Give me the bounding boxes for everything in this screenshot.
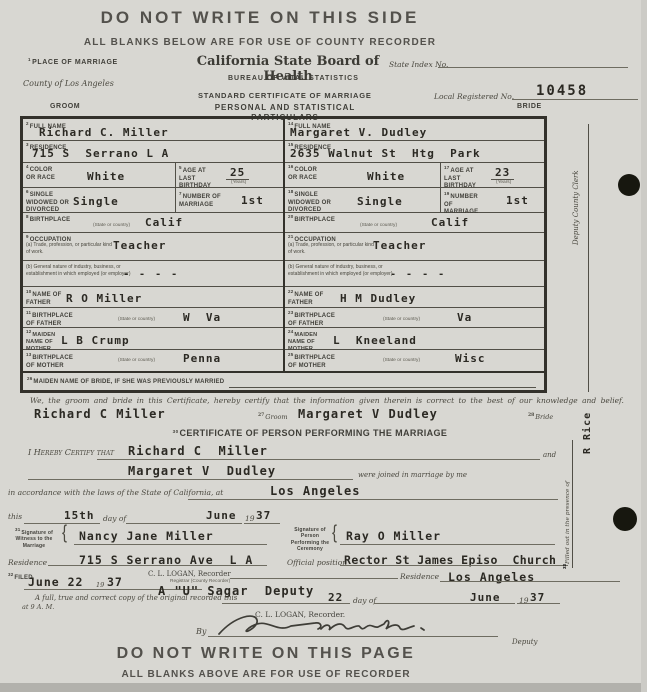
groom-mother-value: L B Crump: [61, 334, 130, 347]
groom-father-birthplace-row: 11BIRTHPLACE OF FATHER (State or country…: [23, 308, 283, 328]
scan-right-edge: [641, 0, 647, 692]
bride-marital-value: Single: [357, 195, 403, 208]
field-label: BIRTHPLACE: [294, 217, 335, 223]
and-label: and: [543, 451, 556, 459]
groom-full-name-row: 2FULL NAME Richard C. Miller: [23, 119, 283, 141]
field-number: 11: [26, 310, 31, 315]
groom-industry-value: - - - -: [123, 269, 179, 280]
deputy-signature-line: [208, 627, 498, 637]
field-number: 1: [28, 57, 31, 62]
field-label: BIRTHPLACE: [30, 217, 71, 223]
official-position-line: [340, 556, 568, 566]
bride-color-value: White: [367, 170, 405, 183]
groom-occupation-value: Teacher: [113, 239, 166, 252]
field-label: AGE AT LAST BIRTHDAY: [444, 168, 476, 189]
copy-year-value: 37: [530, 591, 545, 604]
cell-divider: [175, 163, 176, 187]
bureau-line: BUREAU OF VITAL STATISTICS: [228, 75, 359, 84]
top-banner: DO NOT WRITE ON THIS SIDE: [0, 8, 520, 28]
standard-certificate-line: STANDARD CERTIFICATE OF MARRIAGE: [198, 91, 372, 100]
field-label: COLOR OR RACE: [26, 167, 55, 181]
field-number: 2: [26, 121, 29, 126]
maiden-name-line: [229, 381, 536, 388]
field-number: 28: [528, 413, 534, 418]
field-number: 4: [26, 164, 29, 169]
county-line: County of Los Angeles: [23, 79, 114, 88]
place-of-marriage-text: PLACE OF MARRIAGE: [32, 59, 118, 66]
state-country-hint: (State or country): [360, 223, 397, 228]
filed-residence-line: [440, 572, 620, 582]
groom-mother-row: 12MAIDEN NAME OF MOTHER L B Crump: [23, 328, 283, 350]
occupation-sub-b: (b) General nature of industry, business…: [288, 264, 393, 277]
witness-signature-label: Signature of Witness to the Marriage: [16, 530, 53, 549]
groom-column: 2FULL NAME Richard C. Miller 3RESIDENCE …: [23, 119, 283, 371]
bride-mother-birthplace-value: Wisc: [455, 352, 486, 365]
state-country-hint: (State or country): [118, 358, 155, 363]
field-number: 20: [288, 214, 293, 219]
field-number: 24: [288, 329, 293, 334]
deputy-clerk-line: [588, 124, 589, 392]
marriage-month-value: June: [206, 509, 237, 522]
field-number: 5: [179, 165, 182, 170]
bride-occupation-value: Teacher: [373, 239, 426, 252]
groom-signature-label: 27Groom: [258, 413, 288, 421]
bride-marriage-no-value: 1st: [506, 194, 529, 207]
recorder-line: [230, 569, 398, 579]
local-registered-line: [512, 92, 638, 100]
state-country-hint: (State or country): [118, 317, 155, 322]
field-number: 23: [288, 310, 293, 315]
filled-presence-label: 33Filled out in the presence of: [559, 443, 577, 569]
field-label: BIRTHPLACE OF FATHER: [288, 313, 335, 327]
groom-full-name-value: Richard C. Miller: [39, 126, 169, 139]
place-of-marriage-label: 1PLACE OF MARRIAGE: [28, 57, 118, 68]
bride-full-name-row: 14FULL NAME Margaret V. Dudley: [285, 119, 544, 141]
bride-column: 14FULL NAME Margaret V. Dudley 15RESIDEN…: [283, 119, 544, 371]
bride-father-row: 22NAME OF FATHER H M Dudley: [285, 287, 544, 308]
field-label: BIRTHPLACE OF FATHER: [26, 313, 73, 327]
marriage-day-value: 15th: [64, 509, 95, 522]
joined-in-marriage-label: were joined in marriage by me: [358, 471, 467, 479]
bride-marital-row: 18SINGLE WIDOWED OR DIVORCED Single 19NU…: [285, 188, 544, 213]
groom-father-value: R O Miller: [66, 292, 142, 305]
this-label: this: [8, 512, 22, 521]
field-number: 10: [26, 289, 31, 294]
field-label: NAME OF FATHER: [288, 292, 323, 306]
field-number: 8: [26, 214, 29, 219]
groom-father-birthplace-value: W Va: [183, 311, 221, 324]
field-number: 9: [26, 234, 29, 239]
cell-divider: [175, 188, 176, 212]
groom-residence-row: 3RESIDENCE 715 S Serrano L A: [23, 141, 283, 163]
bride-residence-row: 15RESIDENCE 2635 Walnut St Htg Park: [285, 141, 544, 163]
bride-header: BRIDE: [517, 103, 542, 112]
bride-birthplace-value: Calif: [431, 216, 469, 229]
top-sub-banner: ALL BLANKS BELOW ARE FOR USE OF COUNTY R…: [0, 37, 520, 48]
day-of-label: day of: [103, 514, 126, 523]
field-label: AGE AT LAST BIRTHDAY: [179, 168, 211, 189]
bride-father-birthplace-row: 23BIRTHPLACE OF FATHER (State or country…: [285, 308, 544, 328]
groom-age-value: 25: [226, 166, 249, 180]
groom-industry-row: (b) General nature of industry, business…: [23, 261, 283, 287]
field-label: MAIDEN NAME OF MOTHER: [26, 332, 55, 352]
years-hint: (Years): [231, 180, 246, 185]
official-position-label: Official position: [287, 558, 347, 567]
groom-birthplace-value: Calif: [145, 216, 183, 229]
bride-industry-row: (b) General nature of industry, business…: [285, 261, 544, 287]
bride-full-name-value: Margaret V. Dudley: [290, 126, 427, 139]
certificate-scan: { "banners": { "top": "DO NOT WRITE ON T…: [0, 0, 647, 692]
hole-punch-bottom: [613, 507, 637, 531]
groom-occupation-row: 9OCCUPATION (a) Trade, profession, or pa…: [23, 233, 283, 261]
certification-statement: We, the groom and bride in this Certific…: [30, 396, 570, 405]
marriage-year-value: 37: [256, 509, 271, 522]
recorder-name-line: C. L. LOGAN, Recorder: [148, 570, 231, 578]
field-number: 17: [444, 165, 449, 170]
field-label: BIRTHPLACE OF MOTHER: [26, 355, 73, 369]
field-number: 22: [288, 289, 293, 294]
groom-marital-value: Single: [73, 195, 119, 208]
groom-mother-birthplace-row: 13BIRTHPLACE OF MOTHER (State or country…: [23, 350, 283, 371]
bride-residence-value: 2635 Walnut St Htg Park: [290, 147, 481, 160]
scan-bottom-edge: [0, 683, 647, 692]
margin-witness-name: R Rice: [582, 392, 593, 454]
groom-header: GROOM: [50, 103, 80, 112]
state-country-hint: (State or country): [383, 358, 420, 363]
field-number: 32: [8, 572, 13, 577]
copy-month-value: June: [470, 591, 501, 604]
bride-occupation-row: 21OCCUPATION (a) Trade, profession, or p…: [285, 233, 544, 261]
groom-marital-row: 6SINGLE WIDOWED OR DIVORCED Single 7NUMB…: [23, 188, 283, 213]
witness-residence-label: Residence: [8, 558, 47, 567]
state-country-hint: (State or country): [93, 223, 130, 228]
field-number: 13: [26, 352, 31, 357]
hole-punch-top: [618, 174, 640, 196]
bride-mother-birthplace-row: 25BIRTHPLACE OF MOTHER (State or country…: [285, 350, 544, 371]
field-number: 18: [288, 189, 293, 194]
bride-signature: Margaret V Dudley: [298, 407, 438, 421]
field-number: 16: [288, 164, 293, 169]
bride-industry-value: - - - -: [390, 269, 446, 280]
cell-divider: [440, 163, 441, 187]
marriage-place-value: Los Angeles: [270, 484, 360, 498]
bride-color-age-row: 16COLOR OR RACE White 17AGE AT LAST BIRT…: [285, 163, 544, 188]
maiden-name-row: 26MAIDEN NAME OF BRIDE, IF SHE WAS PREVI…: [23, 371, 544, 390]
performer-bride-name: Margaret V Dudley: [128, 464, 276, 478]
bottom-banner: DO NOT WRITE ON THIS PAGE: [0, 645, 532, 663]
field-number: 33: [562, 564, 567, 569]
bride-age-value: 23: [491, 166, 514, 180]
copy-day-value: 22: [328, 591, 343, 604]
groom-signature: Richard C Miller: [34, 407, 166, 421]
bride-mother-value: L Kneeland: [333, 334, 417, 347]
groom-color-age-row: 4COLOR OR RACE White 5AGE AT LAST BIRTHD…: [23, 163, 283, 188]
occupation-sub-a: (a) Trade, profession, or particular kin…: [288, 242, 378, 255]
occupation-sub-b: (b) General nature of industry, business…: [26, 264, 131, 277]
performer-line: [340, 535, 555, 545]
field-label: SINGLE WIDOWED OR DIVORCED: [288, 192, 331, 213]
state-country-hint: (State or country): [383, 317, 420, 322]
bottom-sub-banner: ALL BLANKS ABOVE ARE FOR USE OF RECORDER: [0, 669, 532, 680]
groom-label-text: Groom: [265, 413, 287, 421]
field-number: 12: [26, 329, 31, 334]
field-number: 26: [27, 376, 32, 381]
state-index-line: [438, 60, 628, 68]
bride-father-value: H M Dudley: [340, 292, 416, 305]
bride-mother-row: 24MAIDEN NAME OF MOTHER L Kneeland: [285, 328, 544, 350]
brace-glyph: {: [332, 521, 337, 543]
field-label: MAIDEN NAME OF MOTHER: [288, 332, 317, 352]
copy-day-of-label: day of: [353, 596, 376, 605]
field-number: 19: [444, 191, 449, 196]
maiden-name-label: MAIDEN NAME OF BRIDE, IF SHE WAS PREVIOU…: [33, 379, 224, 385]
field-label: NUMBER OF MARRIAGE: [444, 194, 478, 215]
field-label: SINGLE WIDOWED OR DIVORCED: [26, 192, 69, 213]
place-line: [188, 490, 558, 500]
deputy-clerk-label: Deputy County Clerk: [572, 130, 580, 245]
witness-line: [74, 535, 267, 545]
local-registered-label: Local Registered No.: [434, 92, 514, 101]
certified-copy-label: A full, true and correct copy of the ori…: [35, 594, 237, 602]
bride-label-text: Bride: [535, 413, 553, 421]
brace-glyph: {: [62, 521, 67, 543]
field-number: 7: [179, 191, 182, 196]
groom-mother-birthplace-value: Penna: [183, 352, 221, 365]
groom-birthplace-row: 8BIRTHPLACE (State or country) Calif: [23, 213, 283, 233]
field-label: BIRTHPLACE OF MOTHER: [288, 355, 335, 369]
cell-divider: [440, 188, 441, 212]
field-label: COLOR OR RACE: [288, 167, 317, 181]
field-label: NAME OF FATHER: [26, 292, 61, 306]
years-hint: (Years): [496, 180, 511, 185]
groom-marriage-no-value: 1st: [241, 194, 264, 207]
field-label: NUMBER OF MARRIAGE: [179, 194, 221, 208]
occupation-sub-a: (a) Trade, profession, or particular kin…: [26, 242, 116, 255]
field-number: 25: [288, 352, 293, 357]
witness-residence-line: [48, 556, 267, 566]
field-number: 3: [26, 142, 29, 147]
filled-presence-text: Filled out in the presence of: [565, 481, 571, 564]
bride-birthplace-row: 20BIRTHPLACE (State or country) Calif: [285, 213, 544, 233]
deputy-signature-drawing: [215, 610, 435, 642]
performer-signature-label: Signature of Person Performing the Cerem…: [291, 527, 329, 552]
bride-signature-label: 28Bride: [528, 413, 553, 421]
by-label: By: [196, 627, 206, 636]
performer-section-title: CERTIFICATE OF PERSON PERFORMING THE MAR…: [179, 428, 447, 438]
groom-residence-value: 715 S Serrano L A: [32, 147, 169, 160]
filed-residence-label: Residence: [400, 572, 439, 581]
field-number: 27: [258, 413, 264, 418]
performer-groom-name: Richard C Miller: [128, 444, 268, 458]
statistical-particulars-table: 2FULL NAME Richard C. Miller 3RESIDENCE …: [20, 116, 547, 393]
field-number: 21: [288, 234, 293, 239]
field-number: 6: [26, 189, 29, 194]
field-number: 30: [173, 429, 179, 434]
copy-time-label: at 9 A. M.: [22, 603, 54, 611]
groom-color-value: White: [87, 170, 125, 183]
groom-father-row: 10NAME OF FATHER R O Miller: [23, 287, 283, 308]
field-number: 31: [15, 527, 20, 532]
bride-father-birthplace-value: Va: [457, 311, 472, 324]
